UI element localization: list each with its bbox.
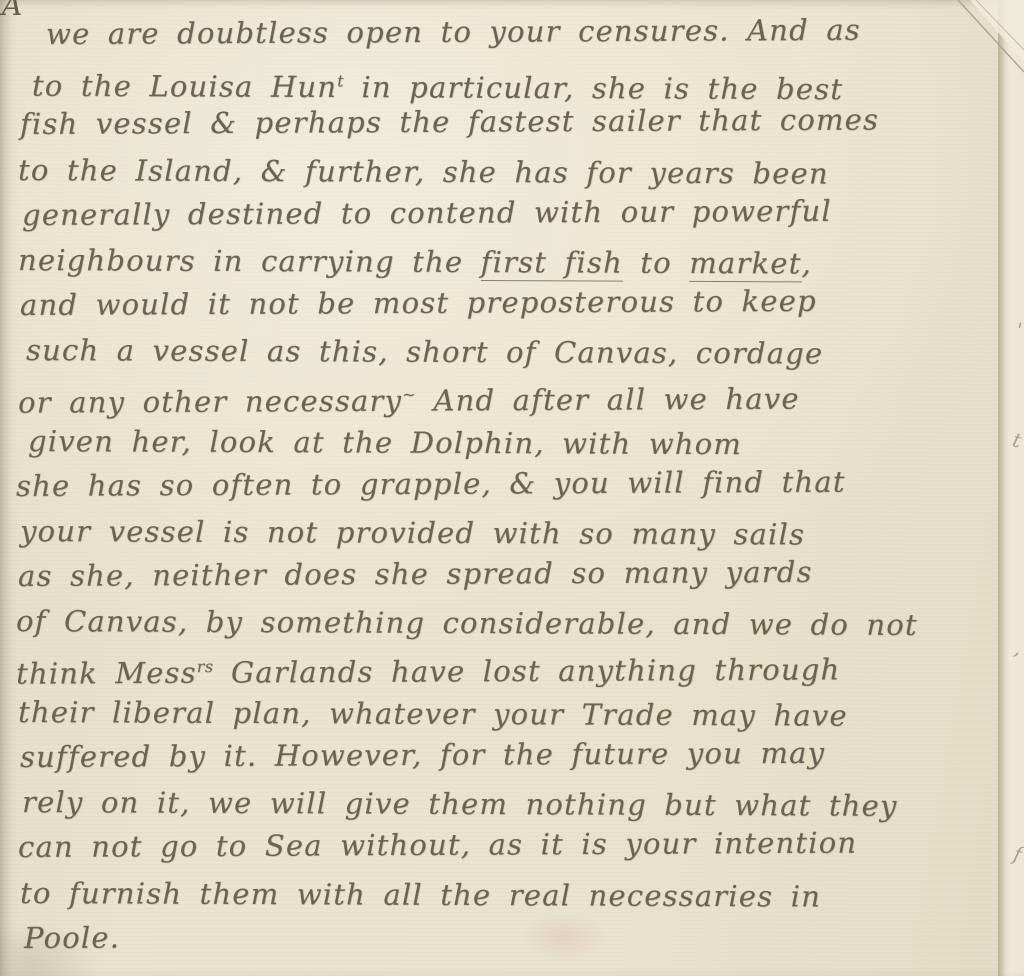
text-segment: generally destined to contend with our p… [22, 194, 832, 232]
text-segment: Poole. [24, 920, 120, 955]
superscript-text: ~ [402, 384, 416, 403]
text-segment: she has so often to grapple, & you will … [16, 465, 846, 503]
text-segment: suffered by it. However, for the future … [20, 736, 825, 774]
letter-line: suffered by it. However, for the future … [20, 730, 1010, 780]
text-segment: Garlands have lost anything through [213, 652, 840, 689]
underlined-text: first fish [481, 245, 623, 282]
text-segment: of Canvas, by something considerable, an… [16, 604, 918, 642]
letter-line: and would it not be most preposterous to… [20, 278, 1010, 328]
letter-line: she has so often to grapple, & you will … [16, 459, 1010, 509]
text-segment: we are doubtless open to your censures. … [46, 13, 861, 51]
text-segment: to [623, 246, 690, 280]
text-segment: , [801, 246, 812, 280]
text-segment: to the Island, & further, she has for ye… [18, 153, 829, 191]
text-segment: and would it not be most preposterous to… [20, 284, 817, 322]
text-segment: rely on it, we will give them nothing bu… [22, 785, 898, 823]
edge-ink-mark: ' [1013, 318, 1024, 343]
text-segment: can not go to Sea without, as it is your… [18, 826, 857, 864]
letter-line: generally destined to contend with our p… [22, 188, 1010, 238]
text-segment: given her, look at the Dolphin, with who… [28, 424, 742, 461]
text-segment: fish vessel & perhaps the fastest sailer… [20, 103, 879, 141]
edge-ink-mark: , [1012, 636, 1024, 661]
letter-line: fish vessel & perhaps the fastest sailer… [20, 97, 1010, 147]
text-segment: to furnish them with all the real necess… [20, 876, 821, 913]
letter-body: we are doubtless open to your censures. … [16, 12, 1010, 961]
text-segment: their liberal plan, whatever your Trade … [18, 695, 848, 733]
text-segment: or any other necessary [18, 383, 402, 419]
underlined-text: market [689, 246, 801, 282]
letter-line: or any other necessary~ And after all we… [18, 368, 1010, 418]
manuscript-page: 't,f A we are doubtless open to your cen… [0, 0, 1024, 976]
text-segment: neighbours in carrying the [18, 243, 481, 279]
text-segment: as she, neither does she spread so many … [18, 555, 813, 593]
edge-ink-mark: t [1010, 427, 1024, 452]
text-segment: to the Louisa Hun [32, 69, 337, 104]
superscript-text: rs [197, 657, 214, 676]
edge-ink-mark: f [1011, 841, 1024, 866]
letter-line: think Messrs Garlands have lost anything… [16, 639, 1010, 689]
letter-line: we are doubtless open to your censures. … [46, 7, 1010, 57]
letter-line: Poole. [24, 911, 1010, 961]
text-segment: such a vessel as this, short of Canvas, … [26, 333, 823, 370]
letter-line: can not go to Sea without, as it is your… [18, 820, 1010, 870]
letter-line: as she, neither does she spread so many … [18, 549, 1010, 599]
text-segment: your vessel is not provided with so many… [20, 514, 805, 551]
text-segment: think Mess [16, 655, 197, 690]
text-segment: And after all we have [416, 381, 800, 417]
